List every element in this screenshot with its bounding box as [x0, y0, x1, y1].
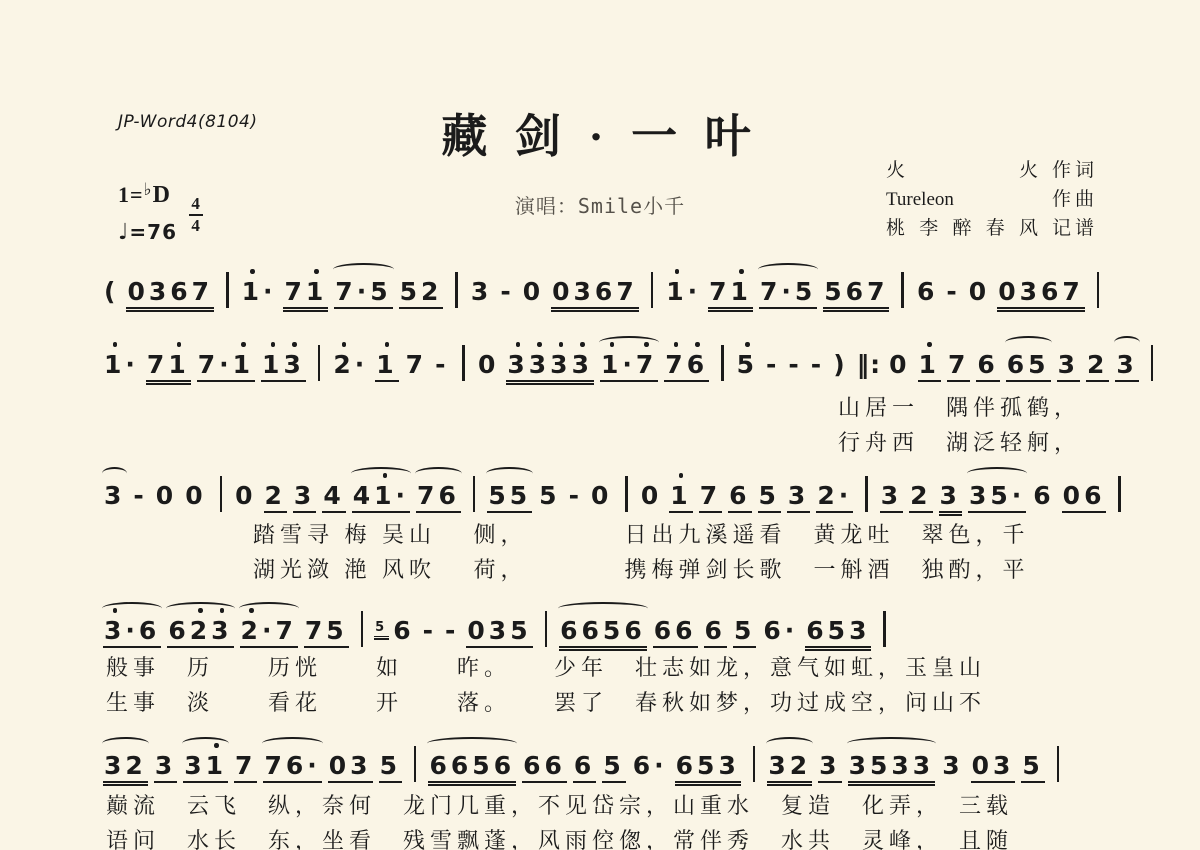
- barline: [220, 476, 223, 512]
- note-group: 3: [470, 277, 493, 307]
- note-char: 7: [406, 350, 427, 379]
- note-char: 2: [190, 616, 211, 645]
- note-char: 7: [305, 616, 326, 645]
- note-char: 6: [806, 616, 827, 645]
- note-char: 5: [603, 616, 624, 645]
- note-char: 5: [870, 751, 891, 780]
- note-char: 6: [1007, 350, 1028, 379]
- note-char: 3: [294, 481, 315, 510]
- barline: [901, 272, 904, 308]
- note-char: 3: [211, 616, 232, 645]
- tempo-value: =76: [129, 220, 177, 244]
- note-char: 5: [375, 620, 388, 635]
- note-char: 1: [601, 350, 622, 379]
- note-group: 5: [758, 481, 781, 513]
- note-char: 4: [353, 481, 374, 510]
- lyrics-row: 语问 水长 东，坐看 残雪飘蓬，风雨倥偬，常伴秀 水共 灵峰， 且随: [106, 824, 1013, 850]
- note-group: -: [810, 350, 826, 380]
- note-char: 6: [286, 751, 307, 780]
- note-group: -: [422, 616, 438, 646]
- note-char: 7: [1062, 277, 1083, 306]
- note-group: -: [765, 350, 781, 380]
- barline: [651, 272, 654, 308]
- note-group: 71: [708, 277, 753, 309]
- note-char: 7: [760, 277, 781, 306]
- note-char: 3: [507, 350, 528, 379]
- note-char: ·: [125, 616, 139, 645]
- note-char: 3: [718, 751, 739, 780]
- barline: [1151, 345, 1154, 381]
- composer-name: Tureleon: [886, 185, 1038, 214]
- note-char: 3: [768, 751, 789, 780]
- note-char: ·: [307, 751, 321, 780]
- note-char: 7: [616, 277, 637, 306]
- note-group: 7·1: [197, 350, 255, 382]
- note-char: 6: [393, 616, 414, 645]
- note-group: 567: [823, 277, 889, 309]
- note-char: 1: [374, 481, 395, 510]
- note-char: 3: [1020, 277, 1041, 306]
- note-char: 6: [574, 751, 595, 780]
- note-char: 7: [284, 277, 305, 306]
- note-char: 6: [654, 616, 675, 645]
- note-char: ·: [688, 277, 702, 306]
- note-group: 41·: [352, 481, 410, 513]
- barline: [883, 611, 886, 647]
- note-char: 0: [467, 616, 488, 645]
- note-char: 6: [168, 616, 189, 645]
- note-char: 6: [676, 751, 697, 780]
- note-char: 3: [350, 751, 371, 780]
- note-char: 1: [306, 277, 327, 306]
- note-char: 7: [275, 616, 296, 645]
- note-char: 6: [675, 616, 696, 645]
- note-char: 0: [478, 350, 499, 379]
- note-char: 0: [329, 751, 350, 780]
- note-char: 5: [737, 350, 758, 379]
- note-char: 1: [242, 277, 263, 306]
- note-char: 3: [149, 277, 170, 306]
- note-char: 6: [545, 751, 566, 780]
- notation-line-2: 1·717·1132·17-033331·7765---)‖:017665323: [100, 345, 1162, 391]
- note-char: 3: [881, 481, 902, 510]
- note-char: ·: [219, 350, 233, 379]
- barline: [226, 272, 229, 308]
- note-group: -: [499, 277, 515, 307]
- note-char: 0: [998, 277, 1019, 306]
- note-char: -: [766, 350, 780, 379]
- note-group: 7: [234, 751, 257, 783]
- lyrics-row: 生事 淡 看花 开 落。 罢了 春秋如梦，功过成空，问山不: [106, 686, 986, 717]
- note-group: 0: [640, 481, 663, 511]
- note-char: 1: [919, 350, 940, 379]
- note-group: 0367: [997, 277, 1085, 309]
- note-char: 1: [104, 350, 125, 379]
- note-group: 2: [1086, 350, 1109, 382]
- note-char: 3: [471, 277, 492, 306]
- note-char: 5: [759, 481, 780, 510]
- note-group: 1·: [665, 277, 702, 307]
- transcriber-name: 桃李醉春风: [886, 214, 1038, 243]
- note-char: 6: [582, 616, 603, 645]
- note-char: 0: [156, 481, 177, 510]
- note-char: ‖: [857, 350, 871, 379]
- note-char: 1: [262, 350, 283, 379]
- barline: [545, 611, 548, 647]
- note-char: 5: [472, 751, 493, 780]
- note-char: 5: [488, 481, 509, 510]
- note-char: 0: [185, 481, 206, 510]
- note-char: ·: [622, 350, 636, 379]
- note-group: 5: [379, 751, 402, 783]
- note-char: 5: [603, 751, 624, 780]
- note-group: 71: [146, 350, 191, 382]
- note-char: 6: [1084, 481, 1105, 510]
- note-group: 1: [375, 350, 398, 382]
- note-group: 6: [976, 350, 999, 382]
- note-char: 7: [147, 350, 168, 379]
- flat-sign-icon: ♭: [144, 180, 153, 199]
- note-group: 5: [736, 350, 759, 380]
- lyricist-name: 火 火: [886, 156, 1038, 185]
- note-char: 7: [264, 751, 285, 780]
- note-char: 7: [636, 350, 657, 379]
- note-group: 76·: [263, 751, 321, 783]
- note-char: 1: [376, 350, 397, 379]
- note-group: 3533: [848, 751, 936, 783]
- repeat-sign: ‖:: [856, 350, 883, 380]
- note-group: 653: [805, 616, 871, 648]
- note-char: 0: [889, 350, 910, 379]
- credit-composer: Tureleon 作曲: [886, 185, 1098, 214]
- note-char: 6: [977, 350, 998, 379]
- note-char: 3: [1058, 350, 1079, 379]
- note-char: 6: [1041, 277, 1062, 306]
- note-char: ·: [355, 350, 369, 379]
- note-group: 623: [167, 616, 233, 648]
- note-char: 6: [763, 616, 784, 645]
- credits-block: 火 火 作词 Tureleon 作曲 桃李醉春风 记谱: [886, 156, 1098, 243]
- note-char: 3: [489, 616, 510, 645]
- note-group: 6656: [559, 616, 647, 648]
- note-group: 3: [939, 481, 962, 513]
- note-char: 1: [666, 277, 687, 306]
- meter-numerator: 4: [189, 195, 203, 216]
- barline: [1097, 272, 1100, 308]
- note-group: 6·: [632, 751, 669, 781]
- barline: [753, 746, 756, 782]
- note-group: 2·: [332, 350, 369, 380]
- note-group: 1·7: [600, 350, 658, 382]
- note-group: -: [434, 350, 450, 380]
- time-signature: 4 4: [189, 195, 203, 235]
- barline: [1118, 476, 1121, 512]
- note-group: 1·: [103, 350, 140, 380]
- note-group: 3·6: [103, 616, 161, 648]
- note-char: 3: [104, 481, 125, 510]
- note-char: 6: [687, 350, 708, 379]
- note-char: 7: [700, 481, 721, 510]
- note-group: 7: [405, 350, 428, 380]
- note-char: 3: [104, 751, 125, 780]
- note-group: 3: [880, 481, 903, 513]
- note-char: 3: [891, 751, 912, 780]
- note-group: 3: [293, 481, 316, 513]
- note-group: 0: [968, 277, 991, 307]
- note-char: ·: [263, 277, 277, 306]
- key-prefix: 1=: [118, 182, 144, 207]
- note-char: 2: [241, 616, 262, 645]
- note-char: 4: [323, 481, 344, 510]
- barline: [625, 476, 628, 512]
- note-group: 0: [590, 481, 613, 511]
- note-char: (: [104, 277, 119, 306]
- note-char: 7: [709, 277, 730, 306]
- credit-lyricist: 火 火 作词: [886, 156, 1098, 185]
- note-group: 65: [1006, 350, 1051, 382]
- note-char: 7: [665, 350, 686, 379]
- note-group: 35·: [968, 481, 1026, 513]
- note-char: 6: [705, 616, 726, 645]
- note-group: 3333: [506, 350, 594, 382]
- note-char: 3: [184, 751, 205, 780]
- note-group: 3: [1057, 350, 1080, 382]
- note-group: 76: [416, 481, 461, 513]
- note-char: 0: [523, 277, 544, 306]
- grace-note: 5: [374, 620, 389, 637]
- note-char: 3: [572, 350, 593, 379]
- note-char: 3: [940, 481, 961, 510]
- note-group: 6: [392, 616, 415, 646]
- note-char: -: [500, 277, 514, 306]
- note-group: 7: [699, 481, 722, 513]
- key-letter: D: [153, 182, 171, 208]
- note-group: 3: [1115, 350, 1138, 382]
- note-group: 6: [916, 277, 939, 307]
- note-group: 0: [184, 481, 207, 511]
- note-char: 0: [235, 481, 256, 510]
- note-group: 0: [155, 481, 178, 511]
- note-char: 6: [624, 616, 645, 645]
- note-group: 03: [328, 751, 373, 783]
- note-char: 6: [451, 751, 472, 780]
- note-char: -: [445, 616, 459, 645]
- note-group: 3: [154, 751, 177, 783]
- note-group: 2: [264, 481, 287, 513]
- lyrics-row: 山居一 隅伴孤鹤，: [838, 391, 1081, 422]
- barline: [318, 345, 321, 381]
- note-char: 5: [795, 277, 816, 306]
- note-char: 0: [641, 481, 662, 510]
- note-char: 7: [948, 350, 969, 379]
- note-char: 5: [380, 751, 401, 780]
- note-char: 5: [510, 481, 531, 510]
- note-group: 3: [818, 751, 841, 783]
- meter-denominator: 4: [191, 216, 201, 235]
- note-char: -: [435, 350, 449, 379]
- note-char: 3: [849, 751, 870, 780]
- note-group: 32: [767, 751, 812, 783]
- note-char: 7: [192, 277, 213, 306]
- note-group: 1: [669, 481, 692, 513]
- barline: [462, 345, 465, 381]
- note-char: 5: [400, 277, 421, 306]
- note-group: 3: [103, 481, 126, 511]
- note-group: 6656: [428, 751, 516, 783]
- note-char: 1: [168, 350, 189, 379]
- note-char: 0: [552, 277, 573, 306]
- note-char: 6: [729, 481, 750, 510]
- note-char: ·: [785, 616, 799, 645]
- note-group: -: [568, 481, 584, 511]
- transcriber-role: 记谱: [1052, 214, 1098, 243]
- note-char: 3: [993, 751, 1014, 780]
- note-char: 0: [969, 277, 990, 306]
- note-group: 4: [322, 481, 345, 513]
- barline: [865, 476, 868, 512]
- note-char: 2: [421, 277, 442, 306]
- note-char: 3: [283, 350, 304, 379]
- note-char: 6: [846, 277, 867, 306]
- note-char: 5: [990, 481, 1011, 510]
- note-group: 06: [1062, 481, 1107, 513]
- note-char: 6: [917, 277, 938, 306]
- notation-line-1: (03671·717·5523-003671·717·55676-00367: [100, 272, 1108, 318]
- note-char: 5: [734, 616, 755, 645]
- note-group: 5: [1021, 751, 1044, 783]
- note-char: 7: [867, 277, 888, 306]
- note-group: 3: [941, 751, 964, 781]
- note-char: 7: [198, 350, 219, 379]
- note-char: -: [423, 616, 437, 645]
- composer-role: 作曲: [1052, 185, 1098, 214]
- note-group: 1·: [241, 277, 278, 307]
- note-char: 3: [913, 751, 934, 780]
- note-group: 75: [304, 616, 349, 648]
- note-char: 6: [523, 751, 544, 780]
- note-group: -: [945, 277, 961, 307]
- note-group: 0: [522, 277, 545, 307]
- note-char: -: [133, 481, 147, 510]
- note-char: 3: [529, 350, 550, 379]
- lyrics-row: 巅流 云飞 纵，奈何 龙门几重，不见岱宗，山重水 复造 化弄， 三载: [106, 789, 1013, 820]
- note-group: 55: [487, 481, 532, 513]
- note-char: 3: [819, 751, 840, 780]
- note-char: ·: [396, 481, 410, 510]
- note-group: 0: [234, 481, 257, 511]
- note-char: -: [569, 481, 583, 510]
- note-char: 5: [824, 277, 845, 306]
- note-char: 7: [235, 751, 256, 780]
- note-char: 1: [206, 751, 227, 780]
- note-char: 6: [438, 481, 459, 510]
- lyricist-role: 作词: [1052, 156, 1098, 185]
- note-group: 0: [888, 350, 911, 380]
- note-group: ): [832, 350, 849, 380]
- note-group: 3: [787, 481, 810, 513]
- note-char: ·: [654, 751, 668, 780]
- note-char: 6: [560, 616, 581, 645]
- note-char: 3: [788, 481, 809, 510]
- note-group: -: [787, 350, 803, 380]
- credit-transcriber: 桃李醉春风 记谱: [886, 214, 1098, 243]
- note-char: ·: [839, 481, 853, 510]
- note-char: 7: [335, 277, 356, 306]
- note-char: 5: [1022, 751, 1043, 780]
- note-char: 3: [942, 751, 963, 780]
- note-char: 5: [697, 751, 718, 780]
- note-char: 3: [155, 751, 176, 780]
- lyrics-row: 湖光潋 滟 风吹 荷， 携梅弹剑长歌 一斛酒 独酌，平: [253, 553, 1030, 584]
- note-char: -: [811, 350, 825, 379]
- note-group: 6: [728, 481, 751, 513]
- note-group: 0: [477, 350, 500, 380]
- lyrics-row: 踏雪寻 梅 吴山 侧， 日出九溪遥看 黄龙吐 翠色，千: [253, 518, 1030, 549]
- note-char: 0: [591, 481, 612, 510]
- note-char: 5: [370, 277, 391, 306]
- note-group: 5: [602, 751, 625, 783]
- note-char: ·: [262, 616, 276, 645]
- notation-line-3: 3-00023441·76555-00176532·32335·606: [100, 476, 1130, 522]
- note-group: 52: [399, 277, 444, 309]
- note-group: 653: [675, 751, 741, 783]
- note-char: 0: [1063, 481, 1084, 510]
- note-group: 66: [653, 616, 698, 648]
- note-char: ·: [357, 277, 371, 306]
- tempo-marking: ♩=76: [118, 220, 177, 245]
- note-char: 5: [539, 481, 560, 510]
- lyrics-row: 般事 历 历恍 如 昨。 少年 壮志如龙，意气如虹，玉皇山: [106, 651, 986, 682]
- note-char: 2: [910, 481, 931, 510]
- sheet-music-page: { "page": { "background": "#faf5e6", "in…: [0, 0, 1200, 850]
- barline: [1057, 746, 1060, 782]
- note-group: 13: [261, 350, 306, 382]
- note-group: 7·5: [759, 277, 817, 309]
- note-char: 2: [125, 751, 146, 780]
- note-group: 6: [704, 616, 727, 648]
- note-char: 2: [265, 481, 286, 510]
- note-group: 5: [733, 616, 756, 648]
- note-char: :: [870, 350, 881, 379]
- note-char: ·: [125, 350, 139, 379]
- note-char: 6: [170, 277, 191, 306]
- note-char: 6: [595, 277, 616, 306]
- note-char: -: [946, 277, 960, 306]
- note-group: 7·5: [334, 277, 392, 309]
- notation-line-5: 32331776·035665666656·65332335333035: [100, 746, 1068, 792]
- note-char: 5: [1028, 350, 1049, 379]
- note-group: 6: [1032, 481, 1055, 511]
- note-char: ): [833, 350, 848, 379]
- note-char: 0: [972, 751, 993, 780]
- note-group: 7: [947, 350, 970, 382]
- note-group: 5: [538, 481, 561, 511]
- note-group: 32: [103, 751, 148, 783]
- note-char: 2: [790, 751, 811, 780]
- note-group: 6·: [762, 616, 799, 646]
- note-char: 3: [1116, 350, 1137, 379]
- note-char: 6: [494, 751, 515, 780]
- note-group: (: [103, 277, 120, 307]
- note-char: 6: [429, 751, 450, 780]
- note-group: 76: [664, 350, 709, 382]
- note-char: 6: [139, 616, 160, 645]
- note-group: 71: [283, 277, 328, 309]
- note-char: -: [788, 350, 802, 379]
- note-group: 0367: [551, 277, 639, 309]
- note-char: 3: [104, 616, 125, 645]
- note-group: -: [444, 616, 460, 646]
